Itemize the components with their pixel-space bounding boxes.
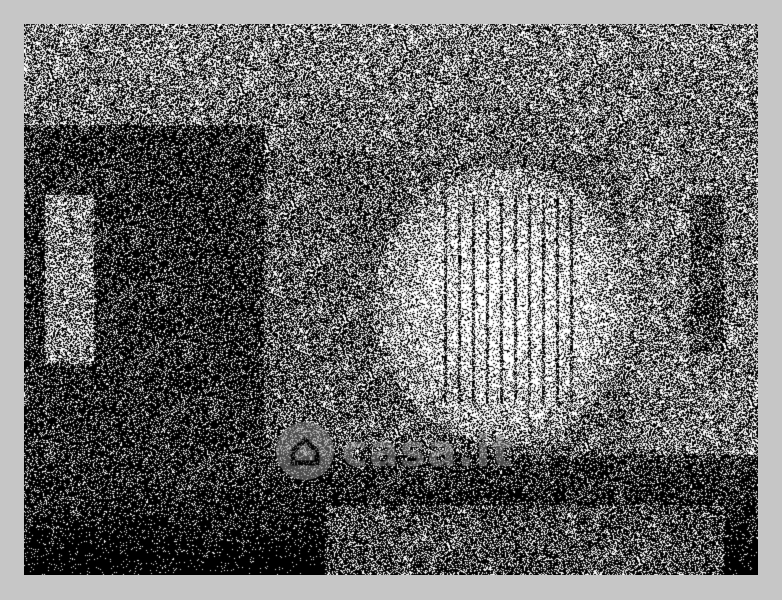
room-photo: casa.it xyxy=(24,24,758,575)
dithered-room-image xyxy=(24,24,758,575)
